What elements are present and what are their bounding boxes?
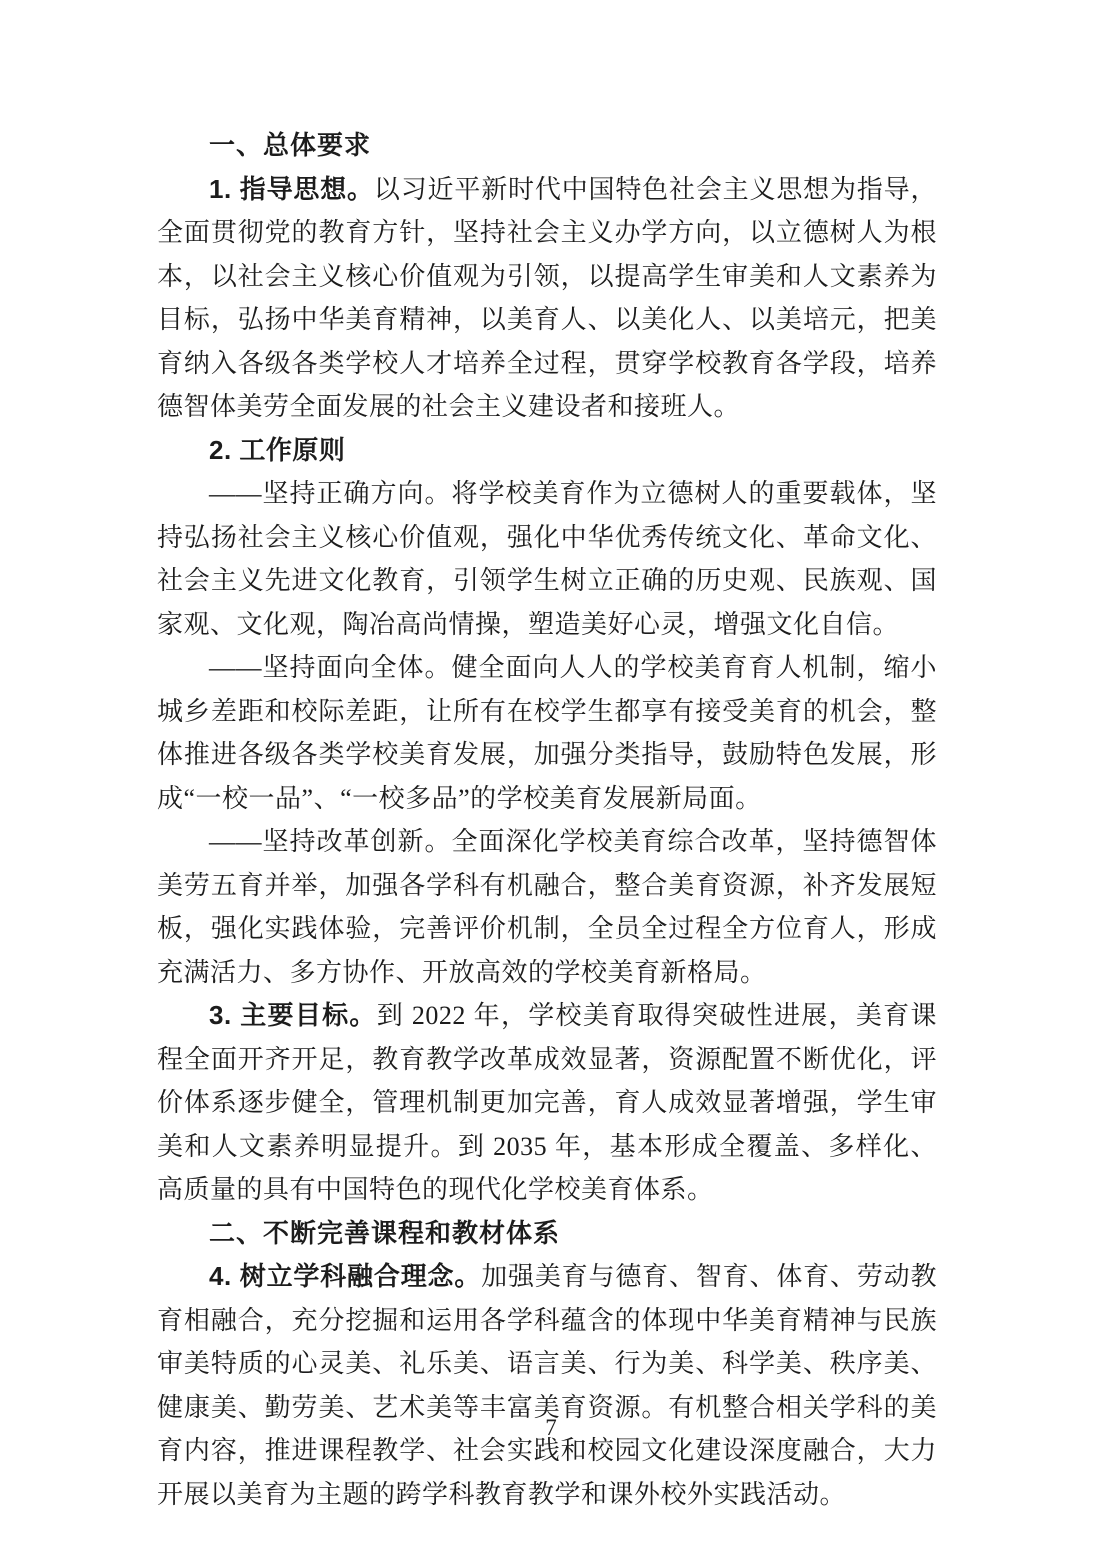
para-main-goals-text: 到 2022 年，学校美育取得突破性进展，美育课程全面开齐开足，教育教学改革成效… bbox=[157, 1001, 937, 1204]
para-work-principles-lead: 2. 工作原则 bbox=[209, 435, 345, 465]
page-number: 7 bbox=[0, 1412, 1102, 1444]
document-body: 一、总体要求 1. 指导思想。以习近平新时代中国特色社会主义思想为指导，全面贯彻… bbox=[157, 124, 937, 1516]
para-guiding-ideology-lead: 1. 指导思想。 bbox=[209, 174, 374, 204]
para-reform-innovation-text: ——坚持改革创新。全面深化学校美育综合改革，坚持德智体美劳五育并举，加强各学科有… bbox=[157, 827, 937, 987]
para-correct-direction: ——坚持正确方向。将学校美育作为立德树人的重要载体，坚持弘扬社会主义核心价值观，… bbox=[157, 472, 937, 646]
section-heading-curriculum-system: 二、不断完善课程和教材体系 bbox=[157, 1212, 937, 1256]
para-main-goals-lead: 3. 主要目标。 bbox=[209, 1000, 377, 1030]
para-work-principles-heading: 2. 工作原则 bbox=[157, 429, 937, 473]
section-heading-overall-requirements: 一、总体要求 bbox=[157, 124, 937, 168]
para-facing-all-students: ——坚持面向全体。健全面向人人的学校美育育人机制，缩小城乡差距和校际差距，让所有… bbox=[157, 646, 937, 820]
document-page: 一、总体要求 1. 指导思想。以习近平新时代中国特色社会主义思想为指导，全面贯彻… bbox=[0, 0, 1102, 1559]
para-reform-innovation: ——坚持改革创新。全面深化学校美育综合改革，坚持德智体美劳五育并举，加强各学科有… bbox=[157, 820, 937, 994]
para-discipline-integration-text: 加强美育与德育、智育、体育、劳动教育相融合，充分挖掘和运用各学科蕴含的体现中华美… bbox=[157, 1262, 937, 1509]
para-main-goals: 3. 主要目标。到 2022 年，学校美育取得突破性进展，美育课程全面开齐开足，… bbox=[157, 994, 937, 1212]
para-guiding-ideology-text: 以习近平新时代中国特色社会主义思想为指导，全面贯彻党的教育方针，坚持社会主义办学… bbox=[157, 175, 937, 422]
para-discipline-integration-lead: 4. 树立学科融合理念。 bbox=[209, 1261, 481, 1291]
para-guiding-ideology: 1. 指导思想。以习近平新时代中国特色社会主义思想为指导，全面贯彻党的教育方针，… bbox=[157, 168, 937, 429]
para-correct-direction-text: ——坚持正确方向。将学校美育作为立德树人的重要载体，坚持弘扬社会主义核心价值观，… bbox=[157, 479, 937, 639]
para-discipline-integration: 4. 树立学科融合理念。加强美育与德育、智育、体育、劳动教育相融合，充分挖掘和运… bbox=[157, 1255, 937, 1516]
para-facing-all-students-text: ——坚持面向全体。健全面向人人的学校美育育人机制，缩小城乡差距和校际差距，让所有… bbox=[157, 653, 937, 813]
